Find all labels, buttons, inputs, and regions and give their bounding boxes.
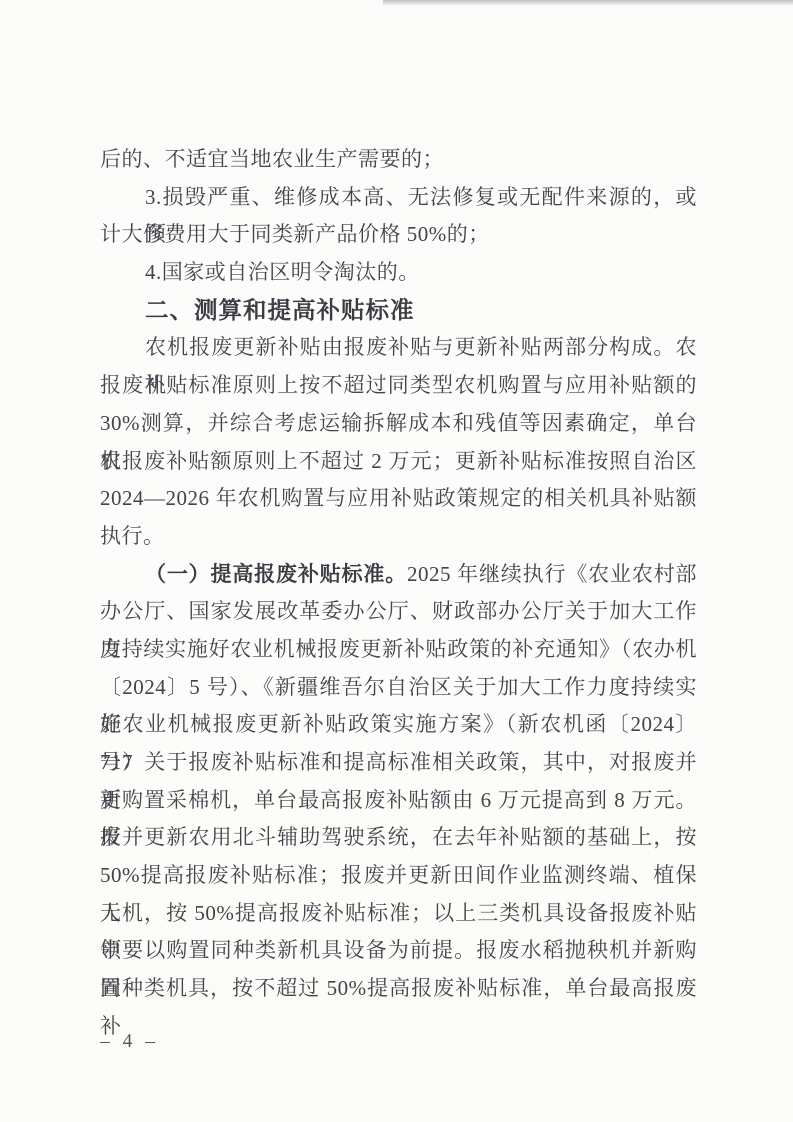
body-text-line: 办公厅、国家发展改革委办公厅、财政部办公厅关于加大工作力 [100, 593, 697, 631]
document-body: 后的、不适宜当地农业生产需要的； 3.损毁严重、维修成本高、无法修复或无配件来源… [100, 141, 697, 1008]
subsection-title: （一）提高报废补贴标准。 [145, 562, 407, 586]
body-text-line: 后的、不适宜当地农业生产需要的； [100, 141, 697, 179]
scan-edge-artifact [383, 0, 793, 6]
body-text: 2025 年继续执行《农业农村部 [407, 562, 697, 586]
body-text-line: 4.国家或自治区明令淘汰的。 [100, 254, 697, 292]
body-text-line: 新购置采棉机，单台最高报废补贴额由 6 万元提高到 8 万元。报 [100, 782, 697, 820]
body-text-line: 执行。 [100, 518, 697, 556]
body-text-line: 度持续实施好农业机械报废更新补贴政策的补充通知》（农办机 [100, 631, 697, 669]
body-text-line: 好农业机械报废更新补贴政策实施方案》（新农机函〔2024〕717 [100, 706, 697, 744]
body-text-line: 机报废补贴额原则上不超过 2 万元；更新补贴标准按照自治区 [100, 443, 697, 481]
section-heading: 二、测算和提高补贴标准 [100, 292, 697, 330]
body-text-line: 同种类机具，按不超过 50%提高报废补贴标准，单台最高报废补 [100, 970, 697, 1008]
body-text-line: 废并更新农用北斗辅助驾驶系统，在去年补贴额的基础上，按 [100, 819, 697, 857]
body-text-line: 号）关于报废补贴标准和提高标准相关政策，其中，对报废并更 [100, 744, 697, 782]
body-text-line: 30%测算，并综合考虑运输拆解成本和残值等因素确定，单台农 [100, 405, 697, 443]
body-text-line: 农机报废更新补贴由报废补贴与更新补贴两部分构成。农机 [100, 329, 697, 367]
body-text-line: 领要以购置同种类新机具设备为前提。报废水稻抛秧机并新购置 [100, 932, 697, 970]
body-text-line: （一）提高报废补贴标准。2025 年继续执行《农业农村部 [100, 556, 697, 594]
body-text-line: 50%提高报废补贴标准；报废并更新田间作业监测终端、植保无 [100, 857, 697, 895]
body-text-line: 报废补贴标准原则上按不超过同类型农机购置与应用补贴额的 [100, 367, 697, 405]
page-footer: – 4 – [100, 1031, 159, 1053]
body-text-line: 计大修费用大于同类新产品价格 50%的； [100, 216, 697, 254]
body-text-line: 〔2024〕5 号）、《新疆维吾尔自治区关于加大工作力度持续实施 [100, 669, 697, 707]
page-number: – 4 – [100, 1031, 159, 1052]
body-text-line: 2024—2026 年农机购置与应用补贴政策规定的相关机具补贴额 [100, 480, 697, 518]
body-text-line: 人机，按 50%提高报废补贴标准；以上三类机具设备报废补贴申 [100, 895, 697, 933]
scanned-document-page: 后的、不适宜当地农业生产需要的； 3.损毁严重、维修成本高、无法修复或无配件来源… [0, 0, 793, 1122]
body-text-line: 3.损毁严重、维修成本高、无法修复或无配件来源的，或预 [100, 179, 697, 217]
